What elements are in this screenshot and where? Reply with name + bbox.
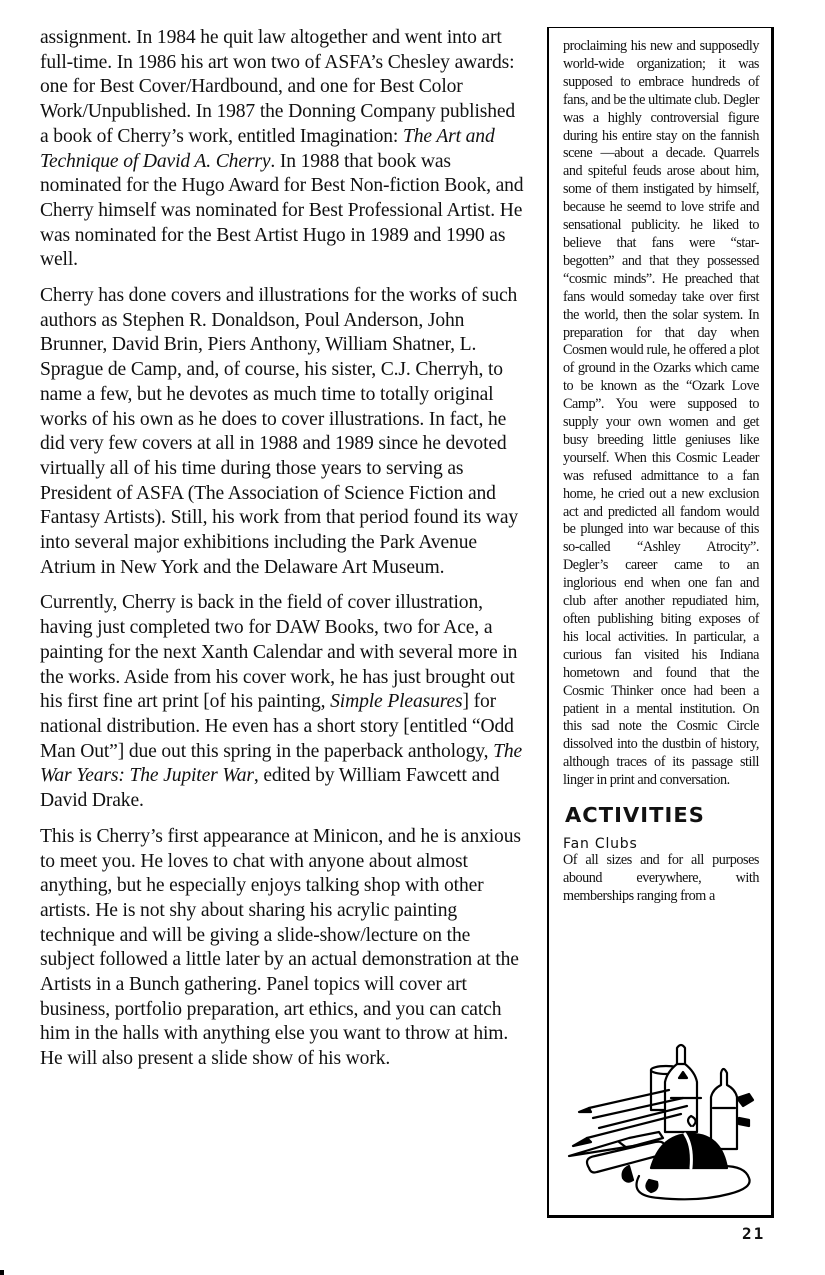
section-heading-activities: ACTIVITIES (565, 804, 769, 826)
article-paragraph: Currently, Cherry is back in the field o… (40, 591, 528, 813)
fan-clubs-paragraph: Of all sizes and for all purposes abound… (563, 852, 759, 906)
paragraph-text: Cherry has done covers and illustrations… (40, 285, 518, 578)
article-paragraph: assignment. In 1984 he quit law altogeth… (40, 26, 528, 273)
scan-corner-mark (0, 1270, 4, 1275)
sidebar-text-block: proclaiming his new and supposedly world… (563, 38, 759, 906)
article-paragraph: Cherry has done covers and illustrations… (40, 284, 528, 580)
paragraph-text: This is Cherry’s first appearance at Min… (40, 826, 521, 1069)
page-number: 21 (742, 1224, 765, 1243)
subheading-fan-clubs: Fan Clubs (563, 836, 759, 852)
main-article-column: assignment. In 1984 he quit law altogeth… (40, 26, 528, 1083)
document-page: assignment. In 1984 he quit law altogeth… (0, 0, 825, 1275)
sidebar-intro-paragraph: proclaiming his new and supposedly world… (563, 38, 759, 790)
article-paragraph: This is Cherry’s first appearance at Min… (40, 825, 528, 1072)
italic-title-text: Simple Pleasures (330, 691, 462, 712)
sidebar-box: proclaiming his new and supposedly world… (547, 27, 774, 1218)
art-supplies-illustration-icon (559, 1038, 764, 1203)
